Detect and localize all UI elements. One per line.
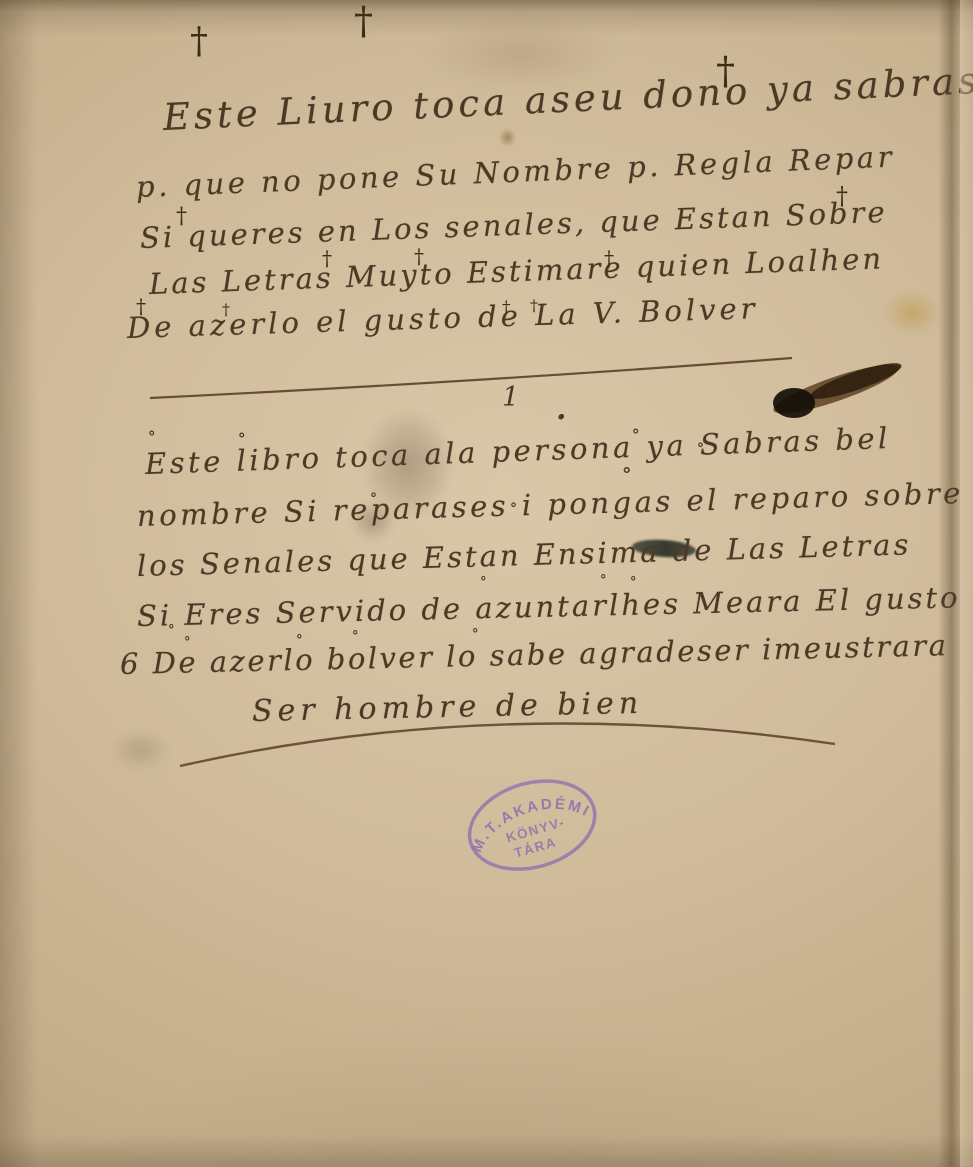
ink-blot	[770, 356, 905, 422]
handwritten-line: p. que no pone Su Nombre p. Regla Repar	[135, 140, 895, 204]
separator-numeral: 1	[502, 382, 519, 413]
manuscript-page: Este Liuro toca aseu dono ya sabras p. q…	[0, 0, 973, 1167]
senal-ring-mark: °	[480, 576, 487, 589]
separator-dot: .	[556, 392, 566, 427]
handwritten-line: 6 De azerlo bolver lo sabe agradeser ime…	[120, 628, 949, 681]
handwritten-line: los Senales que Estan Ensima de Las Letr…	[137, 527, 912, 583]
handwritten-line: De azerlo el gusto de La V. Bolver	[126, 291, 759, 345]
senal-ring-mark: °	[148, 430, 156, 445]
senal-ring-mark: °	[600, 574, 607, 587]
page-edge-fold-light	[960, 0, 973, 1167]
small-ink-spot	[499, 128, 516, 147]
handwritten-line: Si Eres Servido de azuntarlhes Meara El …	[137, 580, 961, 633]
library-stamp-oval: M.T.AKADÉMIA KÖNYV- TÁRA	[435, 747, 631, 909]
page-edge-fold-dark	[938, 0, 960, 1167]
handwritten-line: Este Liuro toca aseu dono ya sabras	[162, 59, 973, 139]
handwritten-line: Este libro toca ala persona ya Sabras be…	[144, 421, 891, 481]
senal-cross-mark: †	[190, 24, 208, 60]
handwritten-line: nombre Si reparases i pongas el reparo s…	[137, 476, 965, 533]
library-stamp: M.T.AKADÉMIA KÖNYV- TÁRA	[435, 747, 631, 909]
senal-ring-mark: °	[622, 466, 632, 485]
senal-cross-mark: †	[354, 2, 373, 40]
faded-stain	[110, 730, 170, 770]
divider-rule-1	[150, 358, 792, 398]
handwritten-line: Ser hombre de bien	[252, 686, 644, 729]
yellow-stain	[882, 290, 942, 336]
divider-rule-2	[180, 724, 835, 766]
